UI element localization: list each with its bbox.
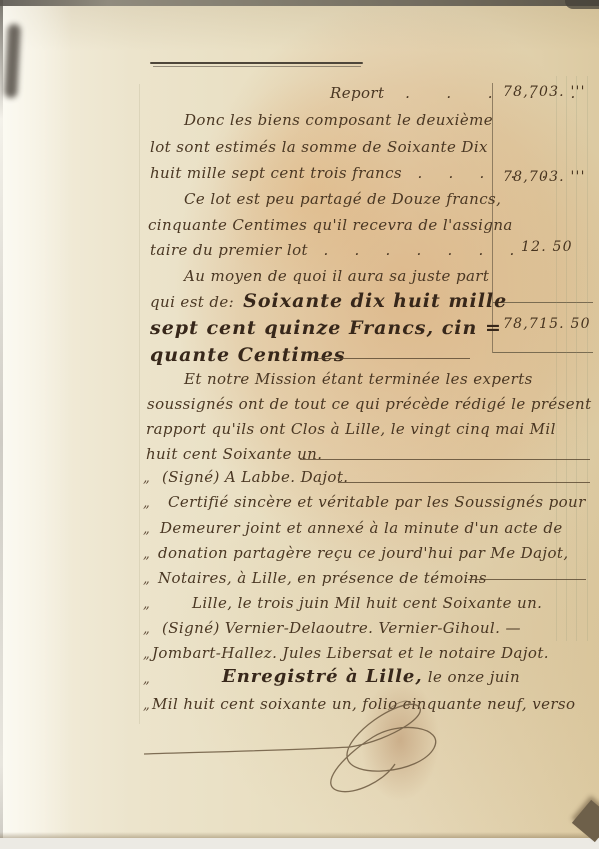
manuscript-line: Certifié sincère et véritable par les So… <box>168 495 586 510</box>
ink-rule <box>338 482 590 483</box>
registration-line: Enregistré à Lille, le onze juin <box>222 668 520 686</box>
manuscript-line: Ce lot est peu partagé de Douze francs, <box>184 192 501 207</box>
manuscript-line: cinquante Centimes qu'il recevra de l'as… <box>148 218 513 233</box>
ledger-sum-rule <box>493 302 593 303</box>
manuscript-line: rapport qu'ils ont Clos à Lille, le ving… <box>146 422 556 437</box>
manuscript-line: Lille, le trois juin Mil huit cent Soixa… <box>192 596 542 611</box>
margin-quote-mark: „ <box>143 471 150 486</box>
paraphe-flourish <box>138 692 468 802</box>
margin-quote-mark: „ <box>143 496 150 511</box>
scanned-page: Report . . . . . . Donc les biens compos… <box>0 0 599 849</box>
sum-in-words: quante Centimes <box>150 346 346 365</box>
manuscript-line: Au moyen de quoi il aura sa juste part <box>184 269 489 284</box>
scan-edge-top-right <box>565 0 599 9</box>
manuscript-line: Demeurer joint et annexé à la minute d'u… <box>160 521 563 536</box>
manuscript-line: lot sont estimés la somme de Soixante Di… <box>150 140 488 155</box>
registration-lead: Enregistré à Lille, <box>222 666 423 687</box>
manuscript-line: huit mille sept cent trois francs . . . … <box>150 166 547 181</box>
ledger-closing-rule <box>493 352 593 353</box>
scanner-bed-strip <box>0 838 599 849</box>
sum-in-words: Soixante dix huit mille <box>243 290 507 312</box>
ink-rule <box>468 579 586 580</box>
top-separator-rule-2 <box>153 66 361 67</box>
manuscript-line-emphasis: qui est de:Soixante dix huit mille <box>150 292 507 311</box>
margin-quote-mark: „ <box>143 597 150 612</box>
margin-quote-mark: „ <box>143 622 150 637</box>
manuscript-line: Et notre Mission étant terminée les expe… <box>184 372 533 387</box>
margin-quote-mark: „ <box>143 572 150 587</box>
ink-rule <box>318 358 470 359</box>
manuscript-line: donation partagère reçu ce jourd'hui par… <box>158 546 568 561</box>
signature-line: Jombart-Hallez. Jules Libersat et le not… <box>152 646 549 661</box>
signature-line: (Signé) A Labbe. Dajot. <box>162 470 348 485</box>
manuscript-line: Notaires, à Lille, en présence de témoin… <box>158 571 487 586</box>
page-curl-highlight <box>0 0 72 849</box>
manuscript-line: soussignés ont de tout ce qui précède ré… <box>147 397 592 412</box>
manuscript-line: huit cent Soixante un. <box>146 447 322 462</box>
sum-in-words: sept cent quinze Francs, cin = <box>150 319 502 338</box>
manuscript-line: taire du premier lot . . . . . . . <box>150 243 515 258</box>
amount-entry: 78,703. ''' <box>503 84 586 100</box>
line-lead: qui est de: <box>150 293 234 311</box>
scan-edge-top <box>0 0 599 6</box>
faint-column-rule <box>587 76 588 641</box>
faint-column-rule <box>576 76 577 641</box>
top-separator-rule <box>150 62 363 64</box>
registration-tail: le onze juin <box>423 668 520 686</box>
margin-quote-mark: „ <box>143 547 150 562</box>
manuscript-line: Donc les biens composant le deuxième <box>184 113 493 128</box>
margin-quote-mark: „ <box>143 672 150 687</box>
signature-line: (Signé) Vernier-Delaoutre. Vernier-Gihou… <box>162 621 521 636</box>
ink-rule <box>300 459 590 460</box>
amount-total: 78,715. 50 <box>503 316 591 332</box>
amount-entry: 12. 50 <box>521 239 573 255</box>
amount-entry: 78,703. ''' <box>503 169 586 185</box>
faint-margin-rule <box>139 84 140 724</box>
margin-quote-mark: „ <box>143 647 150 662</box>
margin-quote-mark: „ <box>143 522 150 537</box>
scan-edge-left <box>0 0 3 849</box>
